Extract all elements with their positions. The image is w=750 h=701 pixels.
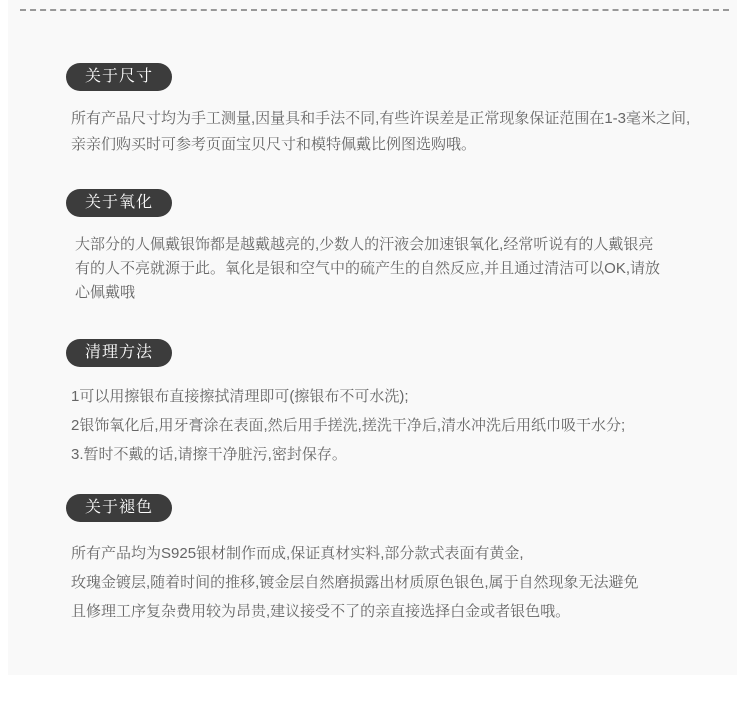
body-line: 亲亲们购买时可参考页面宝贝尺寸和模特佩戴比例图选购哦。 xyxy=(71,132,737,158)
section-title-pill: 关于褪色 xyxy=(66,494,172,522)
body-line: 玫瑰金镀层,随着时间的推移,镀金层自然磨损露出材质原色银色,属于自然现象无法避免 xyxy=(71,568,737,597)
section-title: 关于褪色 xyxy=(85,499,153,516)
product-detail-page: 关于尺寸 所有产品尺寸均为手工测量,因量具和手法不同,有些许误差是正常现象保证范… xyxy=(0,0,750,701)
body-line: 3.暂时不戴的话,请擦干净脏污,密封保存。 xyxy=(71,440,737,469)
section-title: 清理方法 xyxy=(85,344,153,361)
section-title-pill: 关于尺寸 xyxy=(66,63,172,91)
section-cleaning: 清理方法 1可以用擦银布直接擦拭清理即可(擦银布不可水洗); 2银饰氧化后,用牙… xyxy=(66,305,737,469)
section-body: 1可以用擦银布直接擦拭清理即可(擦银布不可水洗); 2银饰氧化后,用牙膏涂在表面… xyxy=(71,382,737,469)
body-line: 且修理工序复杂费用较为昂贵,建议接受不了的亲直接选择白金或者银色哦。 xyxy=(71,597,737,626)
body-line: 2银饰氧化后,用牙膏涂在表面,然后用手搓洗,搓洗干净后,清水冲洗后用纸巾吸干水分… xyxy=(71,411,737,440)
section-title: 关于氧化 xyxy=(85,194,153,211)
body-line: 心佩戴哦 xyxy=(75,281,737,305)
section-title-pill: 关于氧化 xyxy=(66,189,172,217)
section-size: 关于尺寸 所有产品尺寸均为手工测量,因量具和手法不同,有些许误差是正常现象保证范… xyxy=(66,11,737,158)
section-body: 大部分的人佩戴银饰都是越戴越亮的,少数人的汗液会加速银氧化,经常听说有的人戴银亮… xyxy=(75,233,737,305)
care-info-card: 关于尺寸 所有产品尺寸均为手工测量,因量具和手法不同,有些许误差是正常现象保证范… xyxy=(8,0,737,675)
section-body: 所有产品均为S925银材制作而成,保证真材实料,部分款式表面有黄金, 玫瑰金镀层… xyxy=(71,539,737,626)
body-line: 所有产品均为S925银材制作而成,保证真材实料,部分款式表面有黄金, xyxy=(71,539,737,568)
body-line: 有的人不亮就源于此。氧化是银和空气中的硫产生的自然反应,并且通过清洁可以OK,请… xyxy=(75,257,737,281)
sections-container: 关于尺寸 所有产品尺寸均为手工测量,因量具和手法不同,有些许误差是正常现象保证范… xyxy=(8,11,737,626)
section-body: 所有产品尺寸均为手工测量,因量具和手法不同,有些许误差是正常现象保证范围在1-3… xyxy=(71,106,737,158)
body-line: 1可以用擦银布直接擦拭清理即可(擦银布不可水洗); xyxy=(71,382,737,411)
section-oxidation: 关于氧化 大部分的人佩戴银饰都是越戴越亮的,少数人的汗液会加速银氧化,经常听说有… xyxy=(66,158,737,305)
section-title: 关于尺寸 xyxy=(85,68,153,85)
section-fading: 关于褪色 所有产品均为S925银材制作而成,保证真材实料,部分款式表面有黄金, … xyxy=(66,469,737,626)
body-line: 大部分的人佩戴银饰都是越戴越亮的,少数人的汗液会加速银氧化,经常听说有的人戴银亮 xyxy=(75,233,737,257)
section-title-pill: 清理方法 xyxy=(66,339,172,367)
body-line: 所有产品尺寸均为手工测量,因量具和手法不同,有些许误差是正常现象保证范围在1-3… xyxy=(71,106,737,132)
